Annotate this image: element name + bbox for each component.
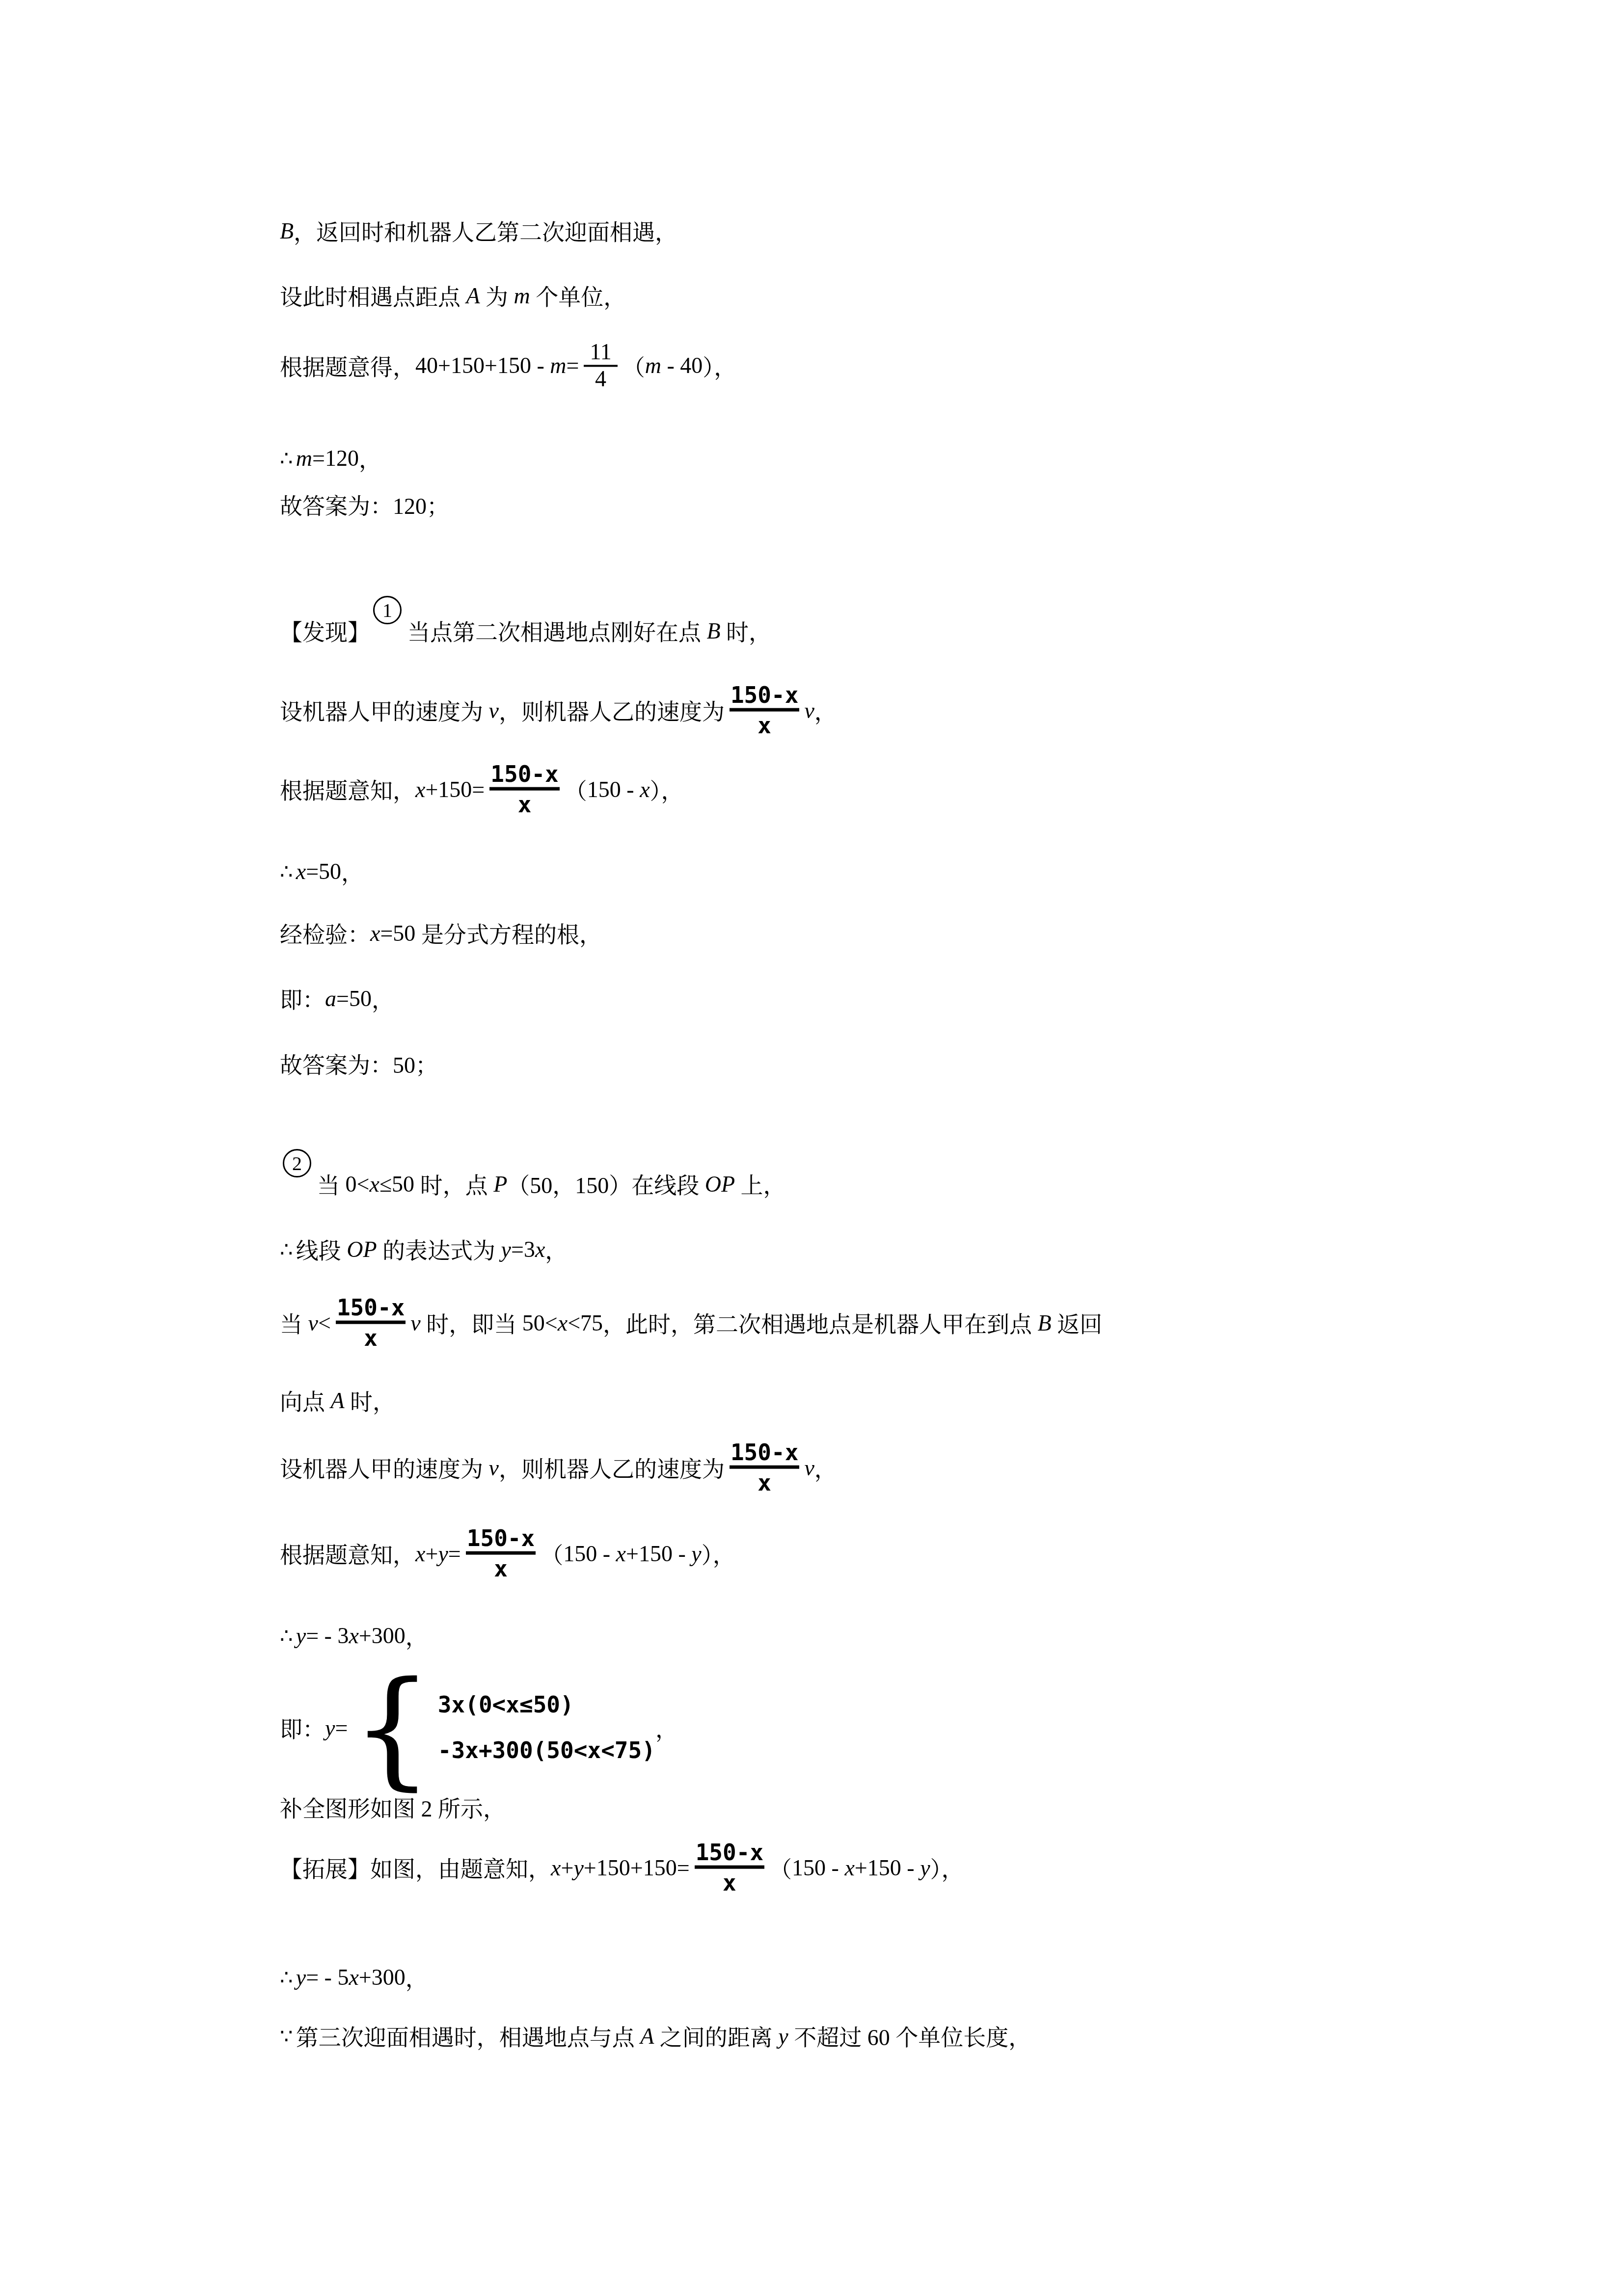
text-run: B: [1038, 1310, 1052, 1336]
text-run: 故答案为：120；: [280, 488, 449, 521]
line-19: ∴y= - 3x+300，: [280, 1619, 428, 1652]
text-run: =3: [511, 1236, 535, 1262]
line-17: 设机器人甲的速度为 v，则机器人乙的速度为150-xxv，: [280, 1440, 837, 1496]
text-run: 根据题意得，: [280, 349, 415, 382]
text-run: 经检验：: [280, 917, 370, 949]
text-run: x: [369, 1171, 379, 1197]
text-run: y: [691, 1541, 701, 1567]
text-run: y: [778, 2023, 788, 2049]
fraction-numerator: 150-x: [336, 1295, 406, 1324]
text-run: 为: [480, 279, 514, 312]
text-run: 50<: [522, 1310, 558, 1336]
text-run: 向点: [280, 1384, 331, 1416]
text-run: 即：: [280, 982, 325, 1015]
text-run: B: [707, 618, 721, 644]
text-run: m: [514, 283, 530, 309]
text-run: ），: [703, 349, 736, 382]
line-2: 设此时相遇点距点 A 为 m 个单位，: [280, 279, 626, 312]
text-run: v: [410, 1310, 420, 1336]
line-22: 【拓展】如图，由题意知，x+y+150+150=150-xx（150 - x+1…: [280, 1840, 964, 1896]
text-run: A: [640, 2023, 654, 2049]
fraction-numerator: 150-x: [730, 682, 799, 712]
line-13: 2当 0<x≤50 时，点 P（50，150）在线段 OP 上，: [280, 1168, 786, 1200]
text-run: ∵: [280, 2024, 293, 2048]
text-run: +: [425, 1541, 438, 1567]
text-run: =: [566, 353, 579, 379]
text-run: y: [573, 1855, 583, 1881]
text-run: =120: [312, 445, 359, 471]
piecewise-cases: {3x(0<x≤50)-3x+300(50<x<75): [352, 1664, 655, 1791]
fraction-denominator: 4: [595, 367, 606, 392]
text-run: = - 5: [306, 1964, 349, 1990]
text-run: = - 3: [306, 1623, 349, 1649]
text-run: x: [616, 1541, 626, 1567]
text-run: x: [349, 1964, 358, 1990]
line-18: 根据题意知，x+y=150-xx（150 - x+150 - y），: [280, 1525, 735, 1582]
text-run: 根据题意知，: [280, 773, 415, 805]
text-run: （: [565, 773, 587, 805]
text-run: 当点第二次相遇地点刚好在点: [407, 614, 707, 647]
text-run: =: [335, 1715, 348, 1741]
text-run: ，: [406, 1619, 428, 1652]
text-run: x: [558, 1310, 568, 1336]
text-run: y: [438, 1541, 448, 1567]
text-run: - 40: [661, 353, 703, 379]
text-run: 【发现】: [280, 614, 370, 647]
line-16: 向点 A 时，: [280, 1384, 395, 1416]
text-run: ，则机器人乙的速度为: [499, 694, 725, 726]
text-run: ≤50: [379, 1171, 420, 1197]
fraction: 150-xx: [730, 1440, 799, 1496]
line-5: 故答案为：120；: [280, 488, 449, 521]
text-run: 上，: [735, 1168, 786, 1200]
text-run: A: [331, 1388, 345, 1414]
line-20: 即：y={3x(0<x≤50)-3x+300(50<x<75)，: [280, 1664, 678, 1791]
line-9: ∴x=50，: [280, 855, 364, 887]
text-run: 返回: [1052, 1307, 1103, 1339]
line-7: 设机器人甲的速度为 v，则机器人乙的速度为150-xxv，: [280, 682, 837, 739]
text-run: （: [623, 349, 645, 382]
text-run: （50，150）在线段: [507, 1168, 705, 1200]
text-run: 故答案为：50；: [280, 1047, 438, 1080]
text-run: y: [325, 1715, 335, 1741]
text-run: a: [325, 986, 336, 1012]
text-run: =50: [306, 858, 341, 884]
line-8: 根据题意知，x+150=150-xx（150 - x），: [280, 761, 684, 818]
text-run: x: [415, 776, 425, 802]
text-run: 补全图形如图 2 所示，: [280, 1791, 506, 1823]
text-run: A: [466, 283, 480, 309]
text-run: 时，: [721, 614, 772, 647]
fraction-denominator: x: [723, 1869, 736, 1896]
text-run: ，: [341, 855, 364, 887]
text-run: OP: [705, 1171, 735, 1197]
left-brace-icon: {: [352, 1665, 433, 1792]
fraction: 114: [584, 340, 617, 391]
text-run: ∴: [280, 859, 293, 883]
text-run: 是分式方程的根，: [421, 917, 602, 949]
text-run: y: [920, 1855, 930, 1881]
text-run: OP: [347, 1236, 377, 1262]
line-3: 根据题意得，40+150+150 - m=114（m - 40），: [280, 340, 736, 391]
text-run: ，: [814, 694, 837, 726]
text-run: y: [296, 1964, 306, 1990]
fraction-denominator: x: [758, 1469, 771, 1496]
text-run: ，: [406, 1961, 428, 1993]
fraction-numerator: 150-x: [695, 1840, 764, 1869]
line-1: B，返回时和机器人乙第二次迎面相遇，: [280, 214, 677, 247]
text-run: v: [489, 697, 499, 723]
text-run: ∴: [280, 446, 293, 470]
text-run: 设机器人甲的速度为: [280, 694, 489, 726]
text-run: 时，点: [420, 1168, 494, 1200]
text-run: 当: [280, 1307, 308, 1339]
line-15: 当 v<150-xxv 时，即当 50<x<75，此时，第二次相遇地点是机器人甲…: [280, 1295, 1102, 1351]
text-run: ，则机器人乙的速度为: [499, 1451, 725, 1484]
text-run: ，: [655, 1711, 678, 1744]
text-run: P: [493, 1171, 507, 1197]
line-11: 即：a=50，: [280, 982, 394, 1015]
text-run: x: [296, 858, 306, 884]
line-6: 【发现】1当点第二次相遇地点刚好在点 B 时，: [280, 614, 771, 647]
text-run: ∴: [280, 1965, 293, 1989]
fraction: 150-xx: [336, 1295, 406, 1351]
circled-number: 2: [283, 1149, 311, 1177]
text-run: m: [645, 353, 661, 379]
text-run: <75: [568, 1310, 603, 1336]
text-run: v: [489, 1455, 499, 1481]
text-run: +150=: [425, 776, 485, 802]
cases-row: -3x+300(50<x<75): [438, 1738, 655, 1763]
text-run: ∴: [280, 1624, 293, 1648]
text-run: x: [535, 1236, 545, 1262]
text-run: 150 -: [563, 1541, 616, 1567]
text-run: 时，: [345, 1384, 396, 1416]
text-run: 即：: [280, 1711, 325, 1744]
text-run: v: [308, 1310, 318, 1336]
circled-number: 1: [373, 596, 402, 624]
text-run: =: [448, 1541, 461, 1567]
text-run: <: [318, 1310, 331, 1336]
text-run: 设机器人甲的速度为: [280, 1451, 489, 1484]
text-run: m: [550, 353, 566, 379]
fraction: 150-xx: [695, 1840, 764, 1896]
text-run: 0<: [346, 1171, 370, 1197]
line-24: ∵第三次迎面相遇时，相遇地点与点 A 之间的距离 y 不超过 60 个单位长度，: [280, 2020, 1031, 2052]
text-run: v: [804, 1455, 814, 1481]
text-run: x: [640, 776, 650, 802]
text-run: ，返回时和机器人乙第二次迎面相遇，: [294, 214, 677, 247]
fraction-numerator: 150-x: [489, 761, 559, 791]
line-21: 补全图形如图 2 所示，: [280, 1791, 506, 1823]
text-run: +300: [359, 1623, 406, 1649]
text-run: x: [349, 1623, 358, 1649]
line-23: ∴y= - 5x+300，: [280, 1961, 428, 1993]
fraction-numerator: 150-x: [730, 1440, 799, 1469]
text-run: +150 -: [626, 1541, 691, 1567]
text-run: =50: [380, 920, 421, 946]
fraction: 150-xx: [489, 761, 559, 818]
text-run: ），: [702, 1537, 735, 1570]
text-run: 之间的距离: [654, 2020, 778, 2052]
line-4: ∴m=120，: [280, 442, 381, 474]
text-run: B: [280, 218, 294, 244]
text-run: ，: [372, 982, 394, 1015]
text-run: 当: [317, 1168, 346, 1200]
text-run: ∴: [280, 1237, 293, 1261]
text-run: ），: [650, 773, 684, 805]
text-run: +150+150=: [584, 1855, 690, 1881]
line-12: 故答案为：50；: [280, 1047, 438, 1080]
fraction: 150-xx: [466, 1525, 536, 1582]
text-run: +150 -: [855, 1855, 920, 1881]
text-run: +300: [359, 1964, 406, 1990]
fraction-numerator: 150-x: [466, 1525, 536, 1555]
text-run: x: [844, 1855, 854, 1881]
text-run: x: [370, 920, 380, 946]
fraction-denominator: x: [364, 1324, 378, 1351]
text-run: 根据题意知，: [280, 1537, 415, 1570]
text-run: v: [804, 697, 814, 723]
text-run: y: [501, 1236, 511, 1262]
text-run: 【拓展】如图，由题意知，: [280, 1851, 551, 1884]
text-run: m: [296, 445, 312, 471]
text-run: 的表达式为: [377, 1233, 501, 1265]
text-run: 设此时相遇点距点: [280, 279, 466, 312]
text-run: ，: [814, 1451, 837, 1484]
text-run: 40+150+150 -: [415, 353, 550, 379]
text-run: （: [769, 1851, 792, 1884]
document-page: B，返回时和机器人乙第二次迎面相遇，设此时相遇点距点 A 为 m 个单位，根据题…: [0, 0, 1624, 2296]
text-run: 不超过 60 个单位长度，: [788, 2020, 1031, 2052]
fraction-numerator: 11: [584, 340, 617, 367]
text-run: ，: [545, 1233, 568, 1265]
fraction-denominator: x: [518, 791, 532, 818]
text-run: 个单位，: [530, 279, 626, 312]
text-run: x: [551, 1855, 561, 1881]
text-run: 150 -: [587, 776, 640, 802]
text-run: ），: [930, 1851, 964, 1884]
text-run: 第三次迎面相遇时，相遇地点与点: [296, 2020, 641, 2052]
text-run: （: [541, 1537, 563, 1570]
text-run: =50: [336, 986, 372, 1012]
cases-row: 3x(0<x≤50): [438, 1692, 655, 1717]
text-run: 150 -: [792, 1855, 844, 1881]
text-run: 线段: [296, 1233, 347, 1265]
text-run: ，此时，第二次相遇地点是机器人甲在到点: [603, 1307, 1038, 1339]
text-run: +: [561, 1855, 573, 1881]
text-run: y: [296, 1623, 306, 1649]
cases-rows: 3x(0<x≤50)-3x+300(50<x<75): [438, 1692, 655, 1762]
fraction-denominator: x: [758, 712, 771, 739]
text-run: x: [415, 1541, 425, 1567]
fraction: 150-xx: [730, 682, 799, 739]
fraction-denominator: x: [494, 1555, 508, 1582]
line-10: 经检验：x=50 是分式方程的根，: [280, 917, 602, 949]
text-run: 时，即当: [421, 1307, 522, 1339]
text-run: ，: [359, 442, 381, 474]
line-14: ∴线段 OP 的表达式为 y=3x，: [280, 1233, 568, 1265]
